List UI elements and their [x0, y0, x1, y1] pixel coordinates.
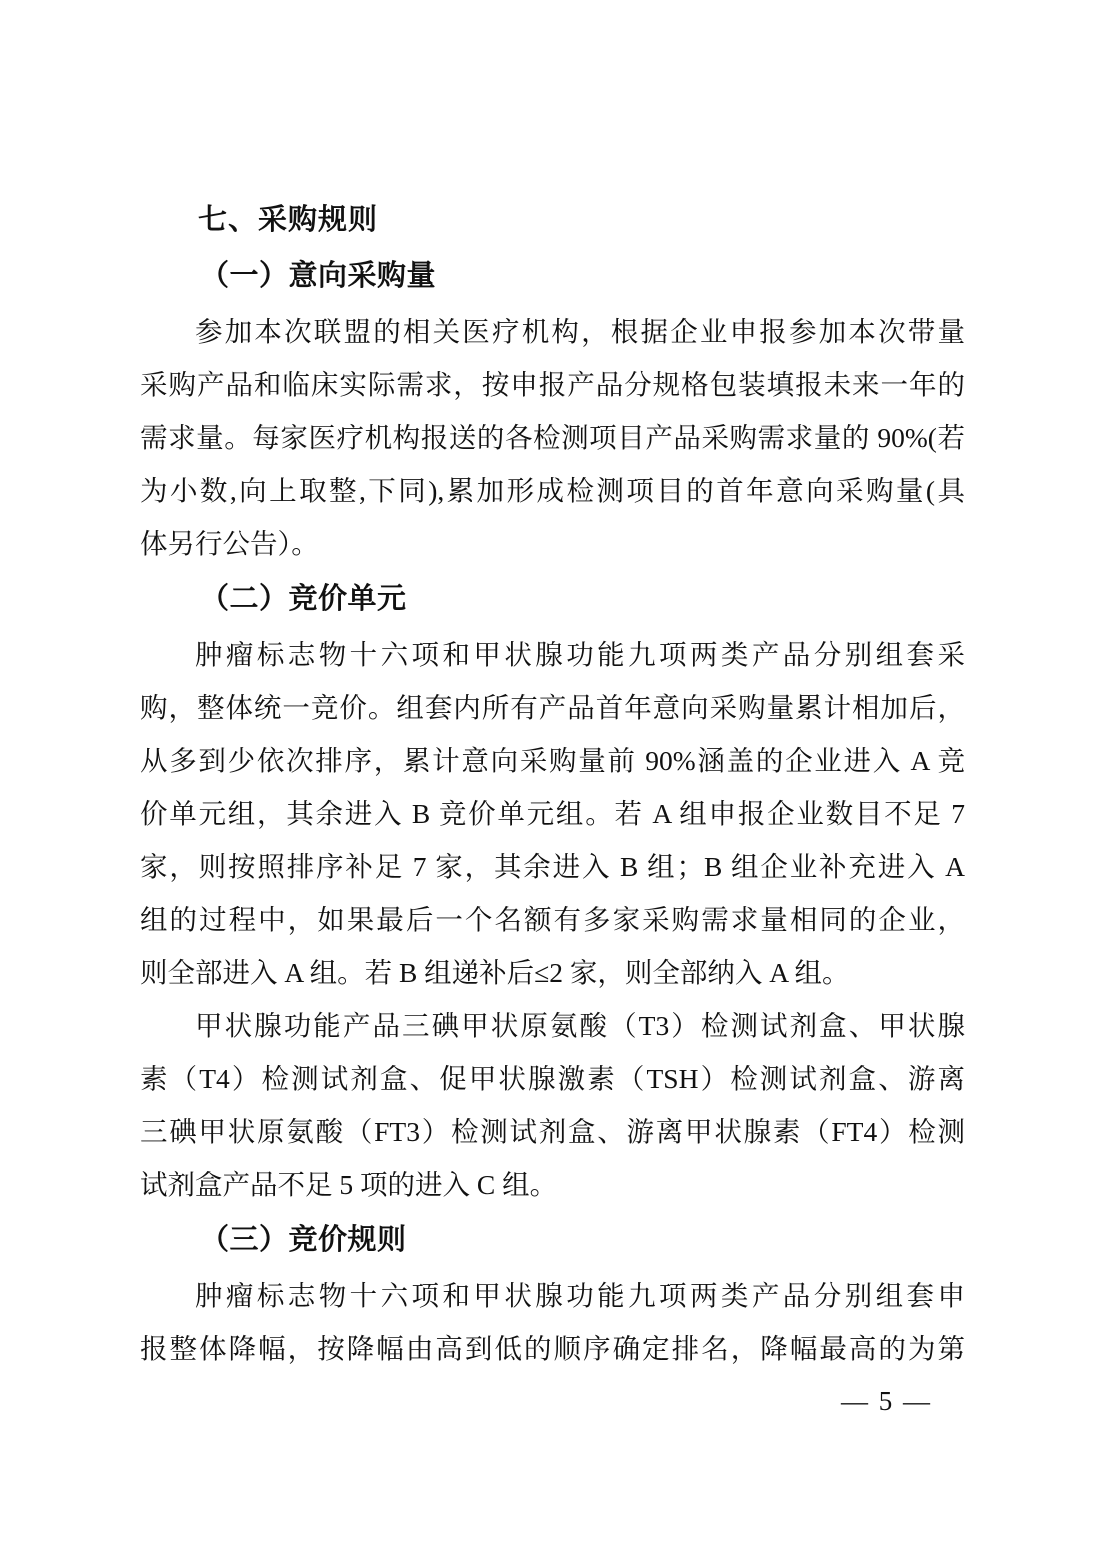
body-line: 素（T4）检测试剂盒、促甲状腺激素（TSH）检测试剂盒、游离 — [140, 1052, 965, 1105]
page-number: — 5 — — [140, 1375, 965, 1428]
body-line: 购，整体统一竞价。组套内所有产品首年意向采购量累计相加后， — [140, 681, 965, 734]
section-heading-2: （二）竞价单元 — [140, 573, 965, 626]
body-line: 试剂盒产品不足 5 项的进入 C 组。 — [140, 1158, 965, 1211]
body-line: 三碘甲状原氨酸（FT3）检测试剂盒、游离甲状腺素（FT4）检测 — [140, 1105, 965, 1158]
body-line: 采购产品和临床实际需求，按申报产品分规格包装填报未来一年的 — [140, 358, 965, 411]
body-line: 体另行公告）。 — [140, 517, 965, 570]
section-heading-3: （三）竞价规则 — [140, 1214, 965, 1267]
document-page: 七、采购规则 （一）意向采购量 参加本次联盟的相关医疗机构，根据企业申报参加本次… — [0, 0, 1102, 1559]
body-line: 价单元组，其余进入 B 竞价单元组。若 A 组申报企业数目不足 7 — [140, 787, 965, 840]
body-line: 肿瘤标志物十六项和甲状腺功能九项两类产品分别组套申 — [140, 1269, 965, 1322]
body-line: 为小数,向上取整,下同),累加形成检测项目的首年意向采购量(具 — [140, 464, 965, 517]
body-line: 甲状腺功能产品三碘甲状原氨酸（T3）检测试剂盒、甲状腺 — [140, 999, 965, 1052]
body-line: 肿瘤标志物十六项和甲状腺功能九项两类产品分别组套采 — [140, 628, 965, 681]
body-line: 则全部进入 A 组。若 B 组递补后≤2 家，则全部纳入 A 组。 — [140, 946, 965, 999]
body-line: 组的过程中，如果最后一个名额有多家采购需求量相同的企业， — [140, 893, 965, 946]
body-line: 报整体降幅，按降幅由高到低的顺序确定排名，降幅最高的为第 — [140, 1322, 965, 1375]
body-line: 家，则按照排序补足 7 家，其余进入 B 组；B 组企业补充进入 A — [140, 840, 965, 893]
body-line: 从多到少依次排序，累计意向采购量前 90%涵盖的企业进入 A 竞 — [140, 734, 965, 787]
body-line: 参加本次联盟的相关医疗机构，根据企业申报参加本次带量 — [140, 305, 965, 358]
body-line: 需求量。每家医疗机构报送的各检测项目产品采购需求量的 90%(若 — [140, 411, 965, 464]
section-heading-1: （一）意向采购量 — [140, 250, 965, 303]
chapter-heading: 七、采购规则 — [140, 194, 965, 247]
